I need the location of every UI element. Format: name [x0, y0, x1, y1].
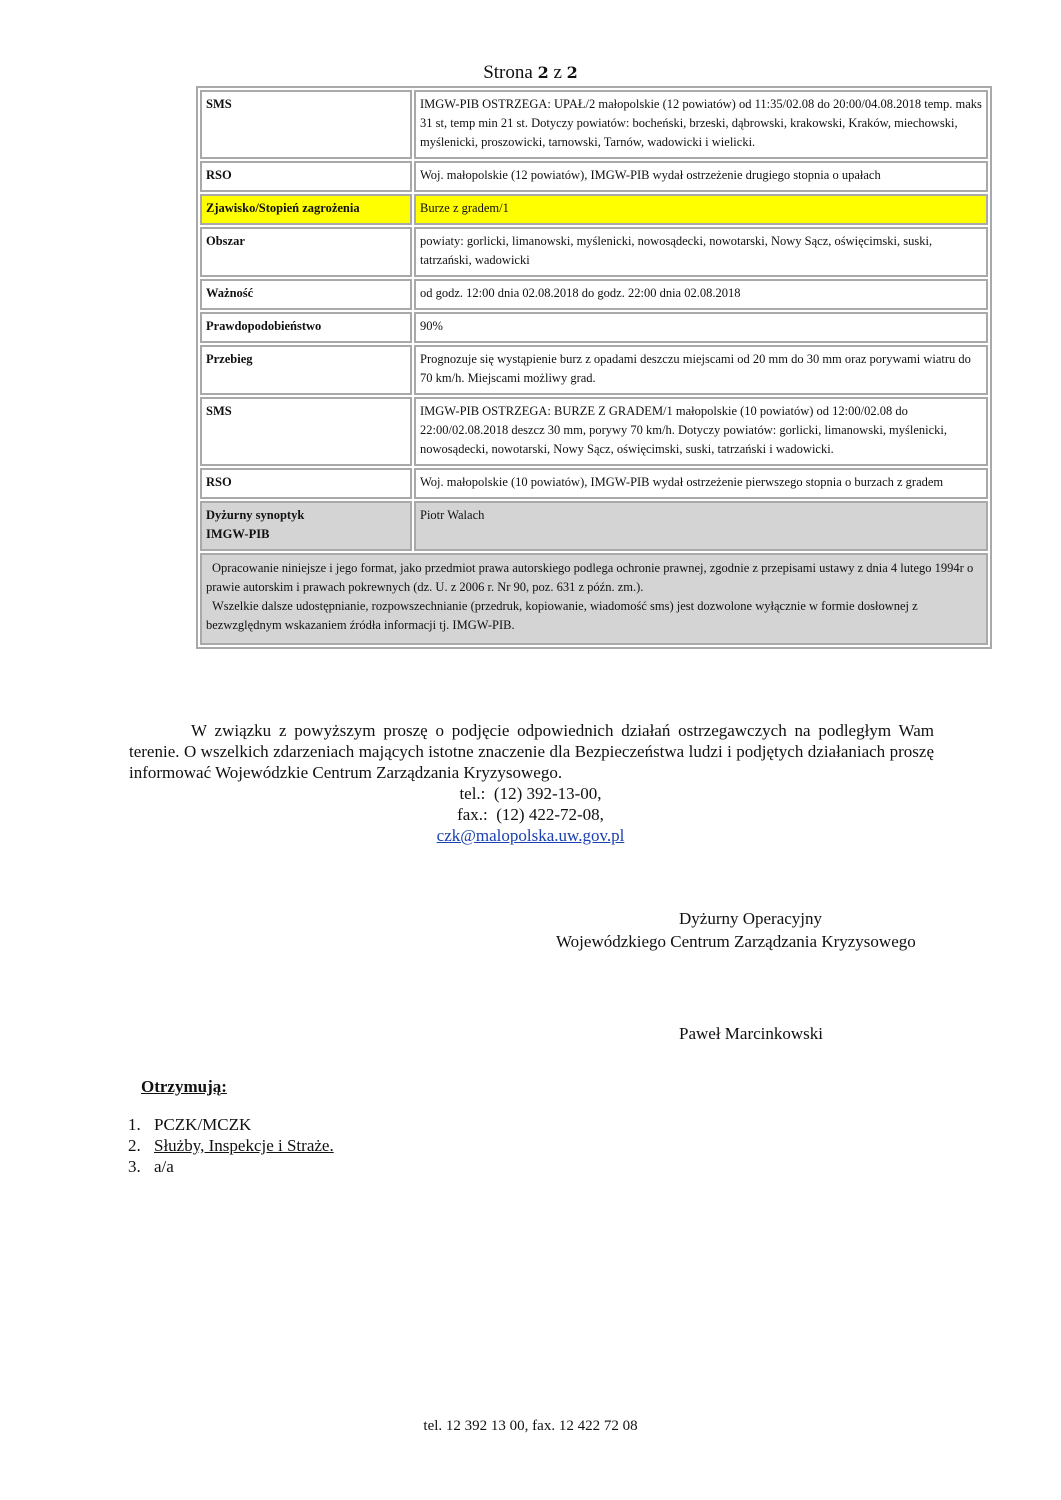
warning-table-wrapper: SMSIMGW-PIB OSTRZEGA: UPAŁ/2 małopolskie… [196, 86, 992, 649]
page-label: Strona [483, 62, 533, 83]
body-paragraph-text: W związku z powyższym proszę o podjęcie … [129, 721, 934, 782]
table-row: SMSIMGW-PIB OSTRZEGA: UPAŁ/2 małopolskie… [200, 90, 988, 159]
recipients-title: Otrzymują: [141, 1077, 227, 1097]
signature-name: Paweł Marcinkowski [679, 1023, 823, 1044]
row-value: Piotr Walach [414, 501, 988, 551]
row-label: Zjawisko/Stopień zagrożenia [200, 194, 412, 225]
contact-fax: fax.: (12) 422-72-08, [0, 804, 1061, 825]
table-row: Obszarpowiaty: gorlicki, limanowski, myś… [200, 227, 988, 277]
row-value: Woj. małopolskie (10 powiatów), IMGW-PIB… [414, 468, 988, 499]
page-footer: tel. 12 392 13 00, fax. 12 422 72 08 [0, 1418, 1061, 1435]
row-value: powiaty: gorlicki, limanowski, myślenick… [414, 227, 988, 277]
recipient-text: PCZK/MCZK [154, 1115, 251, 1134]
row-value: IMGW-PIB OSTRZEGA: UPAŁ/2 małopolskie (1… [414, 90, 988, 159]
row-value: Woj. małopolskie (12 powiatów), IMGW-PIB… [414, 161, 988, 192]
table-row: RSOWoj. małopolskie (10 powiatów), IMGW-… [200, 468, 988, 499]
recipient-text: a/a [154, 1157, 174, 1176]
recipients-list: 1.PCZK/MCZK 2.Służby, Inspekcje i Straże… [128, 1114, 334, 1177]
row-label: Dyżurny synoptykIMGW-PIB [200, 501, 412, 551]
row-value: Prognozuje się wystąpienie burz z opadam… [414, 345, 988, 395]
row-label: Przebieg [200, 345, 412, 395]
row-value: IMGW-PIB OSTRZEGA: BURZE Z GRADEM/1 mało… [414, 397, 988, 466]
body-paragraph: W związku z powyższym proszę o podjęcie … [129, 720, 934, 783]
recipient-item: 3.a/a [128, 1156, 334, 1177]
table-row: Zjawisko/Stopień zagrożeniaBurze z grade… [200, 194, 988, 225]
row-label: RSO [200, 468, 412, 499]
signature-role-line-1: Dyżurny Operacyjny [679, 908, 822, 929]
copyright-cell: Opracowanie niniejsze i jego format, jak… [200, 553, 988, 645]
table-row: PrzebiegPrognozuje się wystąpienie burz … [200, 345, 988, 395]
contact-tel: tel.: (12) 392-13-00, [0, 783, 1061, 804]
copyright-line-2: Wszelkie dalsze udostępnianie, rozpowsze… [206, 597, 982, 635]
page-header: Strona 2 z 2 [0, 62, 1061, 84]
recipient-item: 2.Służby, Inspekcje i Straże. [128, 1135, 334, 1156]
row-label: Ważność [200, 279, 412, 310]
row-label: Obszar [200, 227, 412, 277]
row-value: Burze z gradem/1 [414, 194, 988, 225]
row-label: SMS [200, 90, 412, 159]
row-label: Prawdopodobieństwo [200, 312, 412, 343]
page-current: 2 [538, 63, 549, 82]
signature-role-line-2: Wojewódzkiego Centrum Zarządzania Kryzys… [556, 931, 916, 952]
table-row: Dyżurny synoptykIMGW-PIBPiotr Walach [200, 501, 988, 551]
recipient-item: 1.PCZK/MCZK [128, 1114, 334, 1135]
copyright-line-1: Opracowanie niniejsze i jego format, jak… [206, 559, 982, 597]
table-row: Ważnośćod godz. 12:00 dnia 02.08.2018 do… [200, 279, 988, 310]
row-label: SMS [200, 397, 412, 466]
table-row: RSOWoj. małopolskie (12 powiatów), IMGW-… [200, 161, 988, 192]
recipient-text: Służby, Inspekcje i Straże. [154, 1136, 334, 1155]
copyright-row: Opracowanie niniejsze i jego format, jak… [200, 553, 988, 645]
page-total: 2 [567, 63, 578, 82]
row-value: od godz. 12:00 dnia 02.08.2018 do godz. … [414, 279, 988, 310]
email-link[interactable]: czk@malopolska.uw.gov.pl [437, 826, 625, 845]
warning-table: SMSIMGW-PIB OSTRZEGA: UPAŁ/2 małopolskie… [196, 86, 992, 649]
table-row: Prawdopodobieństwo90% [200, 312, 988, 343]
row-value: 90% [414, 312, 988, 343]
row-label: RSO [200, 161, 412, 192]
page-sep: z [553, 62, 561, 83]
contact-email-line: czk@malopolska.uw.gov.pl [0, 825, 1061, 846]
table-row: SMSIMGW-PIB OSTRZEGA: BURZE Z GRADEM/1 m… [200, 397, 988, 466]
